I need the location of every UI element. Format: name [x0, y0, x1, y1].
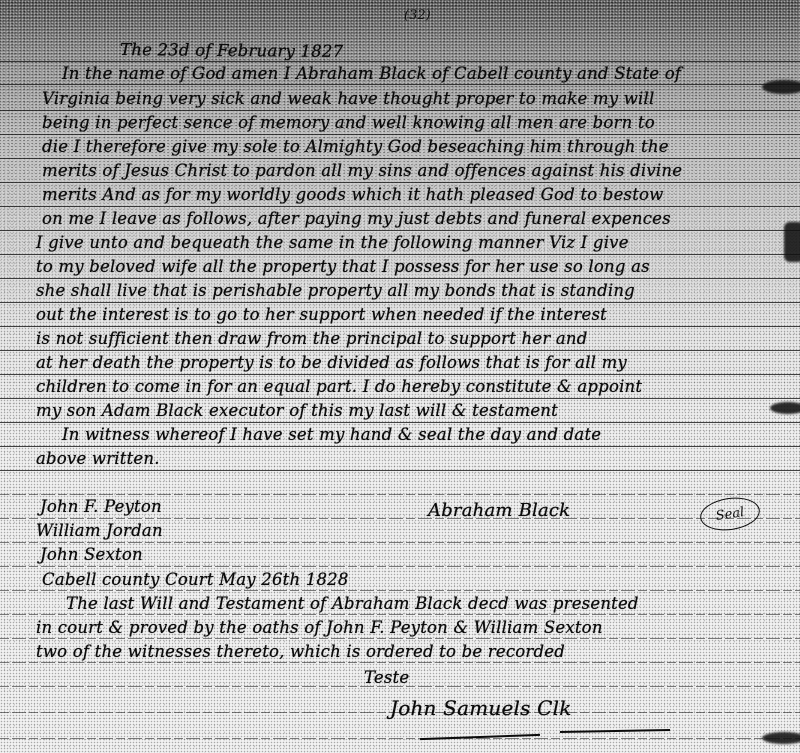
witness-signature: John Sexton — [40, 545, 143, 564]
will-line: is not sufficient then draw from the pri… — [36, 329, 588, 348]
will-line: on me I leave as follows, after paying m… — [42, 209, 671, 228]
witness-signature: John F. Peyton — [40, 497, 162, 516]
will-line: at her death the property is to be divid… — [36, 353, 627, 372]
will-line: children to come in for an equal part. I… — [36, 377, 642, 396]
will-line: die I therefore give my sole to Almighty… — [42, 137, 669, 156]
date-heading: The 23d of February 1827 — [120, 40, 343, 61]
page-number: (32) — [404, 8, 431, 23]
clerk-signature-flourish — [560, 729, 670, 733]
witness-signature: William Jordan — [36, 521, 163, 540]
clerk-signature: John Samuels Clk — [390, 696, 572, 720]
will-line: to my beloved wife all the property that… — [36, 257, 650, 276]
probate-line: two of the witnesses thereto, which is o… — [36, 642, 565, 661]
will-line: she shall live that is perishable proper… — [36, 281, 635, 300]
scan-smudge — [770, 402, 800, 414]
will-line: above written. — [36, 449, 160, 468]
teste-label: Teste — [364, 668, 409, 687]
will-line: In the name of God amen I Abraham Black … — [62, 64, 681, 83]
will-line: merits of Jesus Christ to pardon all my … — [42, 161, 682, 180]
testator-signature: Abraham Black — [428, 500, 570, 521]
will-line: Virginia being very sick and weak have t… — [42, 89, 654, 108]
probate-line: in court & proved by the oaths of John F… — [36, 618, 603, 637]
will-line: being in perfect sence of memory and wel… — [42, 113, 655, 132]
seal-label: Seal — [715, 505, 745, 524]
will-line: out the interest is to go to her support… — [36, 305, 607, 324]
will-line: merits And as for my worldly goods which… — [42, 185, 664, 204]
will-line: my son Adam Black executor of this my la… — [36, 401, 558, 420]
scan-smudge — [784, 222, 800, 262]
will-line: In witness whereof I have set my hand & … — [62, 425, 601, 444]
probate-line: The last Will and Testament of Abraham B… — [66, 594, 639, 613]
will-line: I give unto and bequeath the same in the… — [36, 233, 629, 252]
court-date-line: Cabell county Court May 26th 1828 — [42, 570, 349, 589]
seal-mark: Seal — [698, 494, 762, 534]
scan-smudge — [762, 80, 800, 94]
scan-smudge — [762, 732, 800, 744]
scanned-will-page: (32) The 23d of February 1827 In the nam… — [0, 0, 800, 753]
